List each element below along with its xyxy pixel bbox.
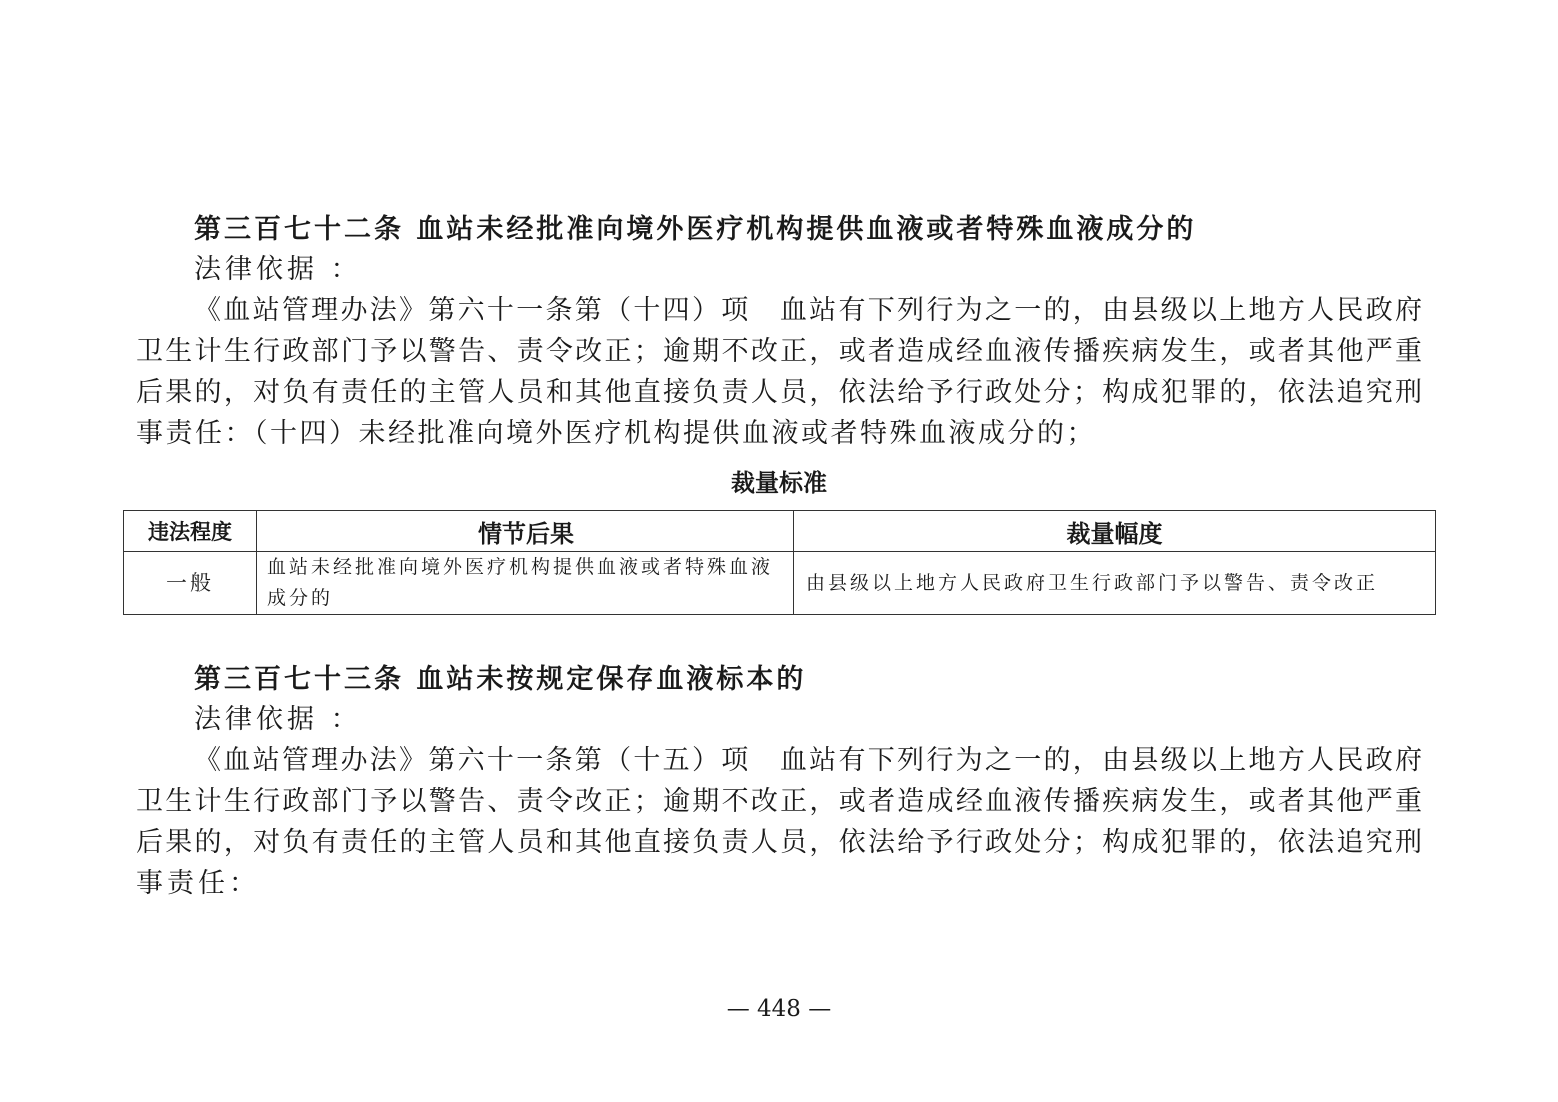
discretion-standard-table: 违法程度 情节后果 裁量幅度 一般 血站未经批准向境外医疗机构提供血液或者特殊血… [123,510,1436,615]
article-373-paragraph-line-3: 后果的，对负有责任的主管人员和其他直接负责人员，依法给予行政处分；构成犯罪的，依… [136,823,1424,863]
article-373-paragraph-line-2: 卫生计生行政部门予以警告、责令改正；逾期不改正，或者造成经血液传播疾病发生，或者… [136,782,1424,822]
article-373-paragraph-line-4: 事责任： [136,864,260,904]
article-372-paragraph-line-2: 卫生计生行政部门予以警告、责令改正；逾期不改正，或者造成经血液传播疾病发生，或者… [136,332,1424,372]
article-372-basis-label: 法律依据 ： [194,250,362,290]
table-caption: 裁量标准 [0,466,1558,500]
header-penalty-range: 裁量幅度 [794,511,1436,552]
cell-circumstance: 血站未经批准向境外医疗机构提供血液或者特殊血液成分的 [257,552,794,615]
table-header-row: 违法程度 情节后果 裁量幅度 [124,511,1436,552]
article-372-paragraph-line-4: 事责任：（十四）未经批准向境外医疗机构提供血液或者特殊血液成分的； [136,414,1096,454]
page-number: — 448 — [0,994,1558,1024]
article-373-paragraph-line-1: 《血站管理办法》第六十一条第（十五）项 血站有下列行为之一的，由县级以上地方人民… [136,741,1424,781]
article-373-basis-label: 法律依据 ： [194,700,362,740]
cell-level: 一般 [124,552,257,615]
header-circumstance: 情节后果 [257,511,794,552]
header-violation-level: 违法程度 [124,511,257,552]
document-page: 第三百七十二条 血站未经批准向境外医疗机构提供血液或者特殊血液成分的 法律依据 … [0,0,1558,1102]
article-372-paragraph-line-1: 《血站管理办法》第六十一条第（十四）项 血站有下列行为之一的，由县级以上地方人民… [136,291,1424,331]
article-372-title: 第三百七十二条 血站未经批准向境外医疗机构提供血液或者特殊血液成分的 [194,210,1196,250]
article-372-paragraph-line-3: 后果的，对负有责任的主管人员和其他直接负责人员，依法给予行政处分；构成犯罪的，依… [136,373,1424,413]
table-row: 一般 血站未经批准向境外医疗机构提供血液或者特殊血液成分的 由县级以上地方人民政… [124,552,1436,615]
article-373-title: 第三百七十三条 血站未按规定保存血液标本的 [194,660,806,700]
cell-penalty-range: 由县级以上地方人民政府卫生行政部门予以警告、责令改正 [794,552,1436,615]
